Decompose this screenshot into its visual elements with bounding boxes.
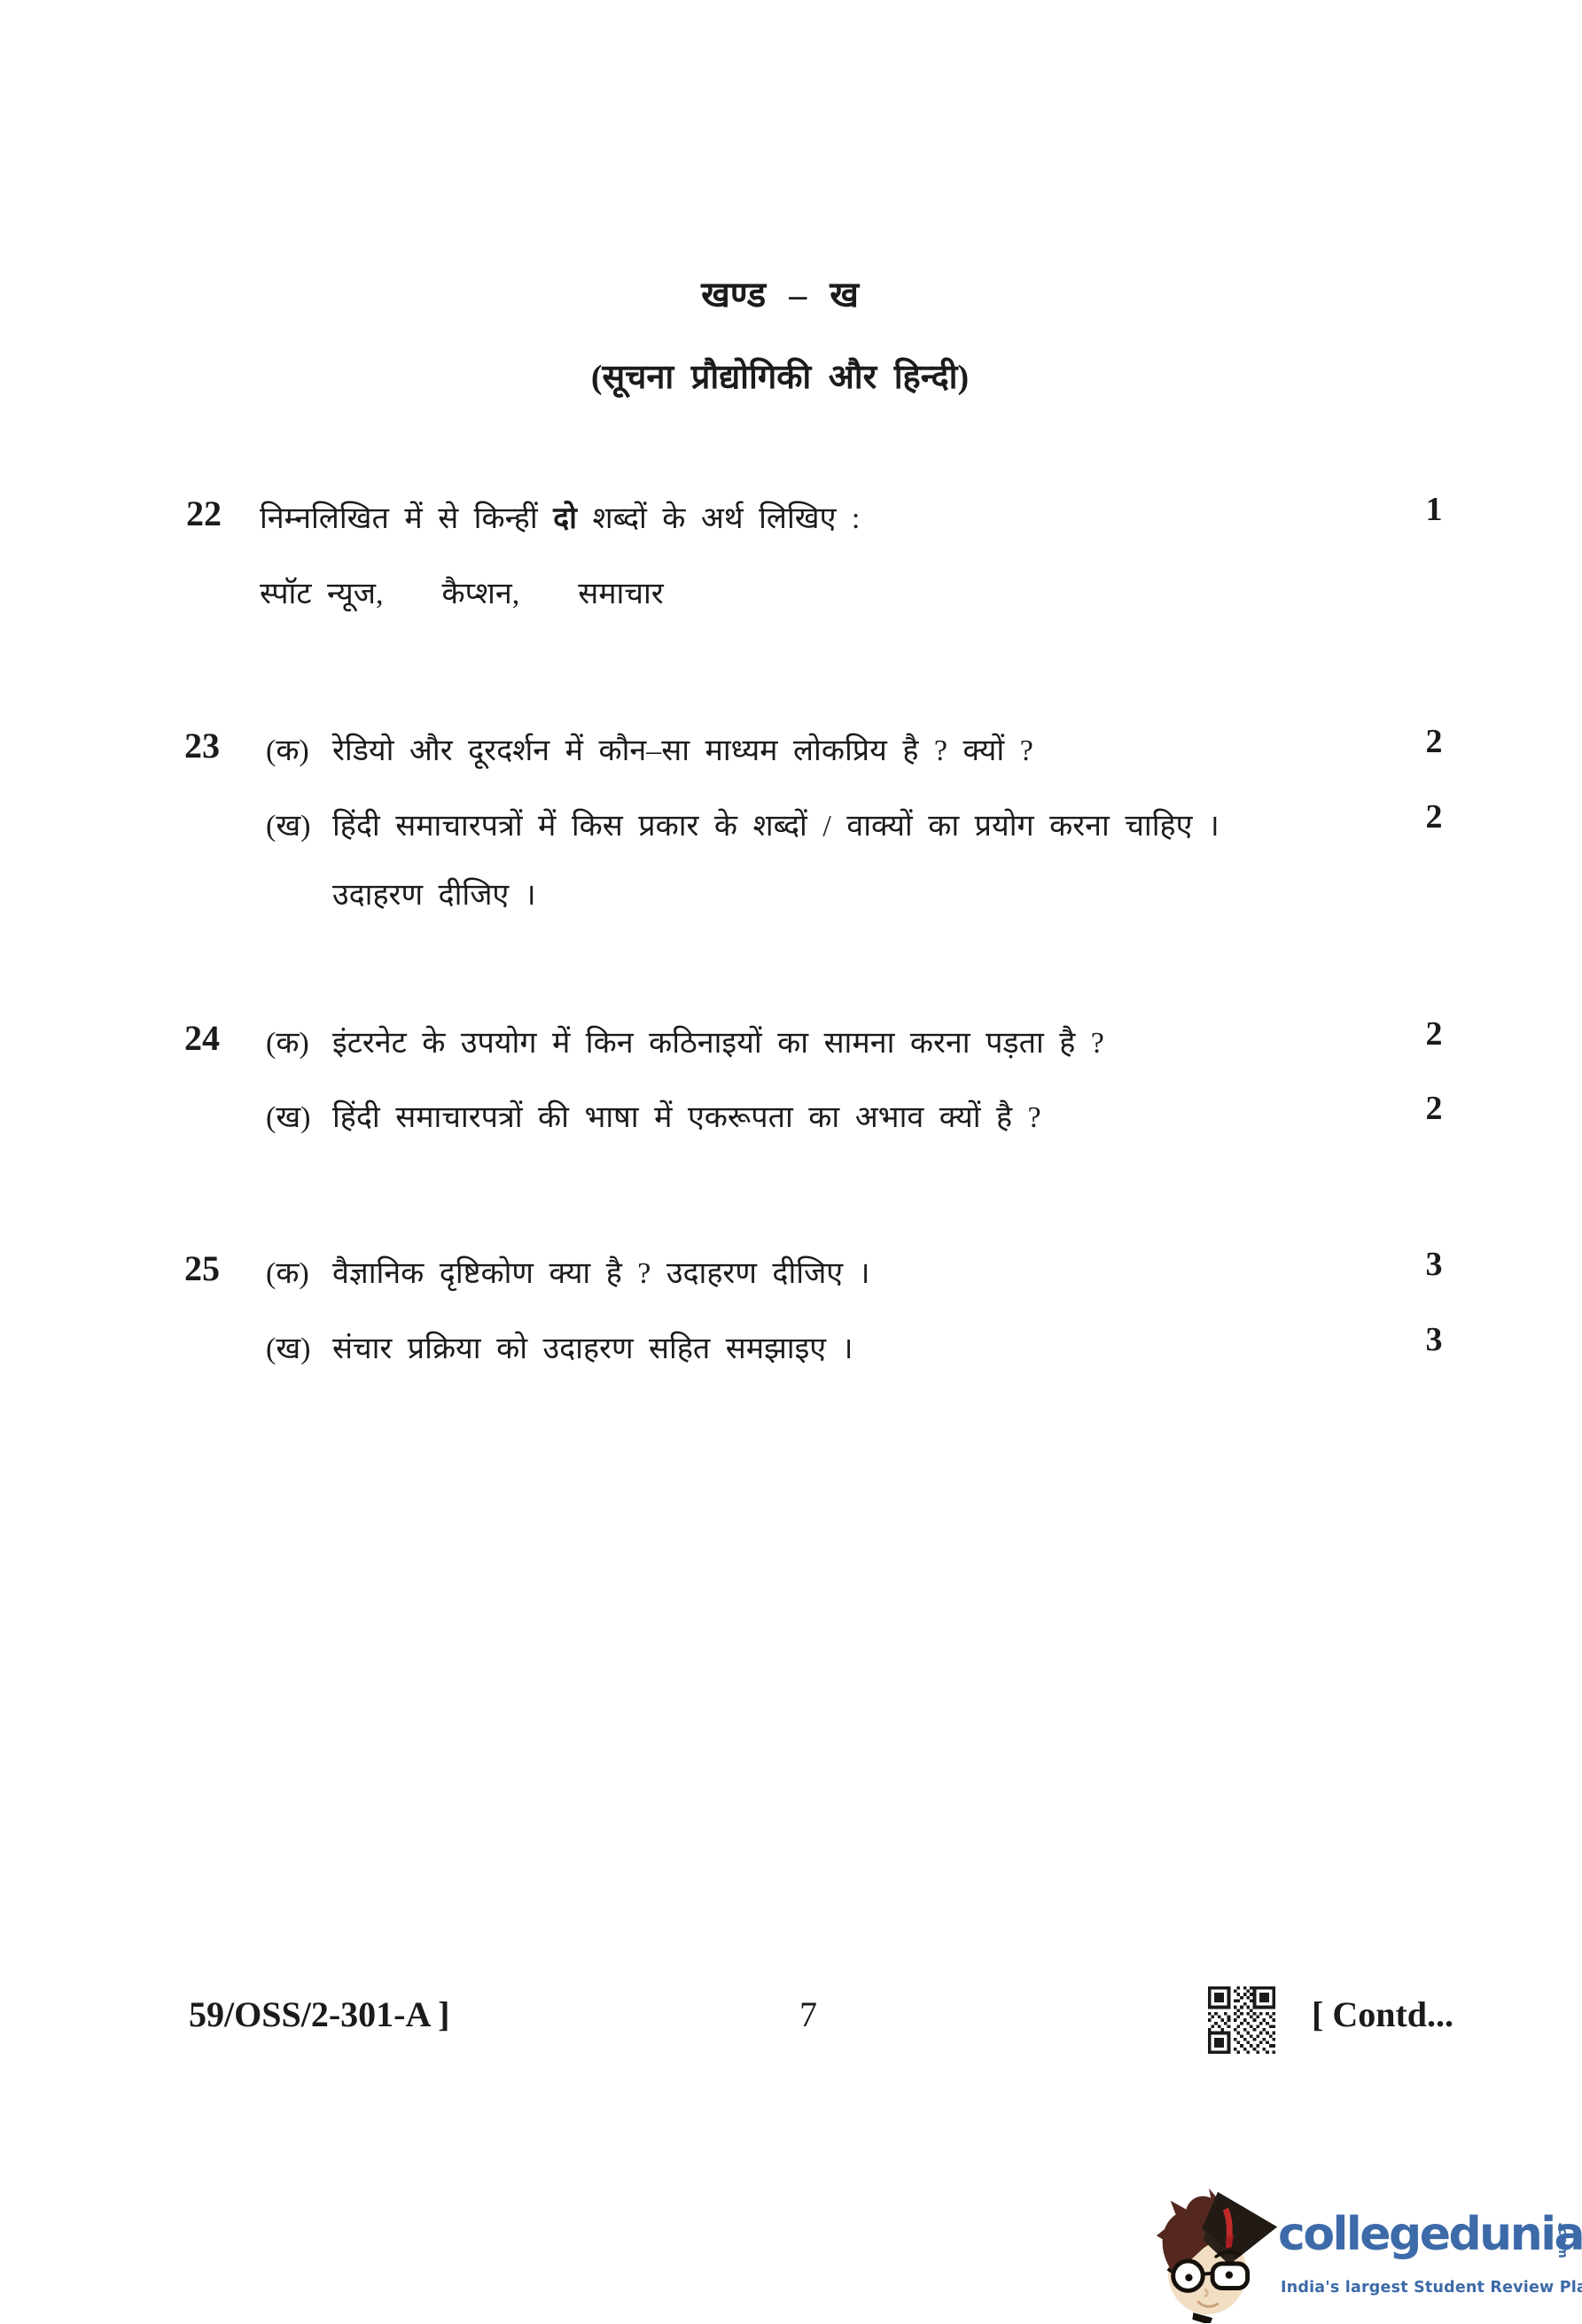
term-caption: कैप्शन, <box>441 571 519 612</box>
question-23b-marks: 2 <box>1409 797 1459 836</box>
question-25a-label: (क) <box>266 1251 309 1292</box>
term-spot-news: स्पॉट न्यूज, <box>260 571 383 612</box>
question-22-stem-pre: निम्नलिखित में से किन्हीं <box>260 502 553 535</box>
question-23-number: 23 <box>184 725 220 766</box>
question-24a-marks: 2 <box>1409 1014 1459 1053</box>
question-25b-marks: 3 <box>1409 1320 1459 1359</box>
question-22-marks: 1 <box>1409 490 1459 529</box>
question-25-number: 25 <box>184 1247 220 1289</box>
qr-code <box>1208 1986 1275 2054</box>
collegedunia-logo-text: collegedunia <box>1278 2211 1582 2258</box>
qr-finder-top-right <box>1253 1986 1275 2009</box>
question-24a-label: (क) <box>266 1021 309 1061</box>
question-22-stem-bold: दो <box>553 502 577 535</box>
question-22-stem-post: शब्दों के अर्थ लिखिए : <box>577 502 860 535</box>
question-25b-label: (ख) <box>266 1326 310 1367</box>
collegedunia-logo: collegedunia .com India's largest Studen… <box>1152 2176 1581 2323</box>
question-25a-marks: 3 <box>1409 1245 1459 1284</box>
question-25b-text: संचार प्रक्रिया को उदाहरण सहित समझाइए । <box>332 1326 853 1367</box>
question-24-number: 24 <box>184 1017 220 1059</box>
continuation-note: [ Contd... <box>1312 1994 1453 2035</box>
section-subtitle: (सूचना प्रौद्योगिकी और हिन्दी) <box>0 353 1560 399</box>
collegedunia-tagline: India's largest Student Review Platform <box>1281 2279 1582 2297</box>
paper-code: 59/OSS/2-301-A ] <box>189 1994 449 2035</box>
question-22-terms: स्पॉट न्यूज, कैप्शन, समाचार <box>260 571 664 612</box>
question-22-number: 22 <box>186 493 222 534</box>
section-title: खण्ड – ख <box>0 268 1560 317</box>
qr-finder-bottom-left <box>1208 2032 1230 2054</box>
question-23a-text: रेडियो और दूरदर्शन में कौन–सा माध्यम लोक… <box>332 728 1033 769</box>
exam-paper-page: खण्ड – ख (सूचना प्रौद्योगिकी और हिन्दी) … <box>0 0 1582 2324</box>
question-23b-label: (ख) <box>266 804 310 844</box>
question-24b-label: (ख) <box>266 1095 310 1136</box>
question-23b-text-line1: हिंदी समाचारपत्रों में किस प्रकार के शब्… <box>332 804 1220 844</box>
collegedunia-logo-tld: .com <box>1556 2222 1569 2259</box>
question-24b-text: हिंदी समाचारपत्रों की भाषा में एकरूपता क… <box>332 1095 1041 1136</box>
qr-finder-top-left <box>1208 1986 1230 2009</box>
question-23b-text-line2: उदाहरण दीजिए । <box>332 873 536 913</box>
question-23a-marks: 2 <box>1409 722 1459 761</box>
term-samachar: समाचार <box>578 571 663 612</box>
collegedunia-mascot-icon <box>1152 2183 1285 2323</box>
question-25a-text: वैज्ञानिक दृष्टिकोण क्या है ? उदाहरण दीज… <box>332 1251 869 1292</box>
question-24b-marks: 2 <box>1409 1089 1459 1128</box>
question-23a-label: (क) <box>266 728 309 769</box>
page-number: 7 <box>780 1994 837 2035</box>
question-22-stem: निम्नलिखित में से किन्हीं दो शब्दों के अ… <box>260 496 860 537</box>
question-24a-text: इंटरनेट के उपयोग में किन कठिनाइयों का सा… <box>332 1021 1104 1061</box>
